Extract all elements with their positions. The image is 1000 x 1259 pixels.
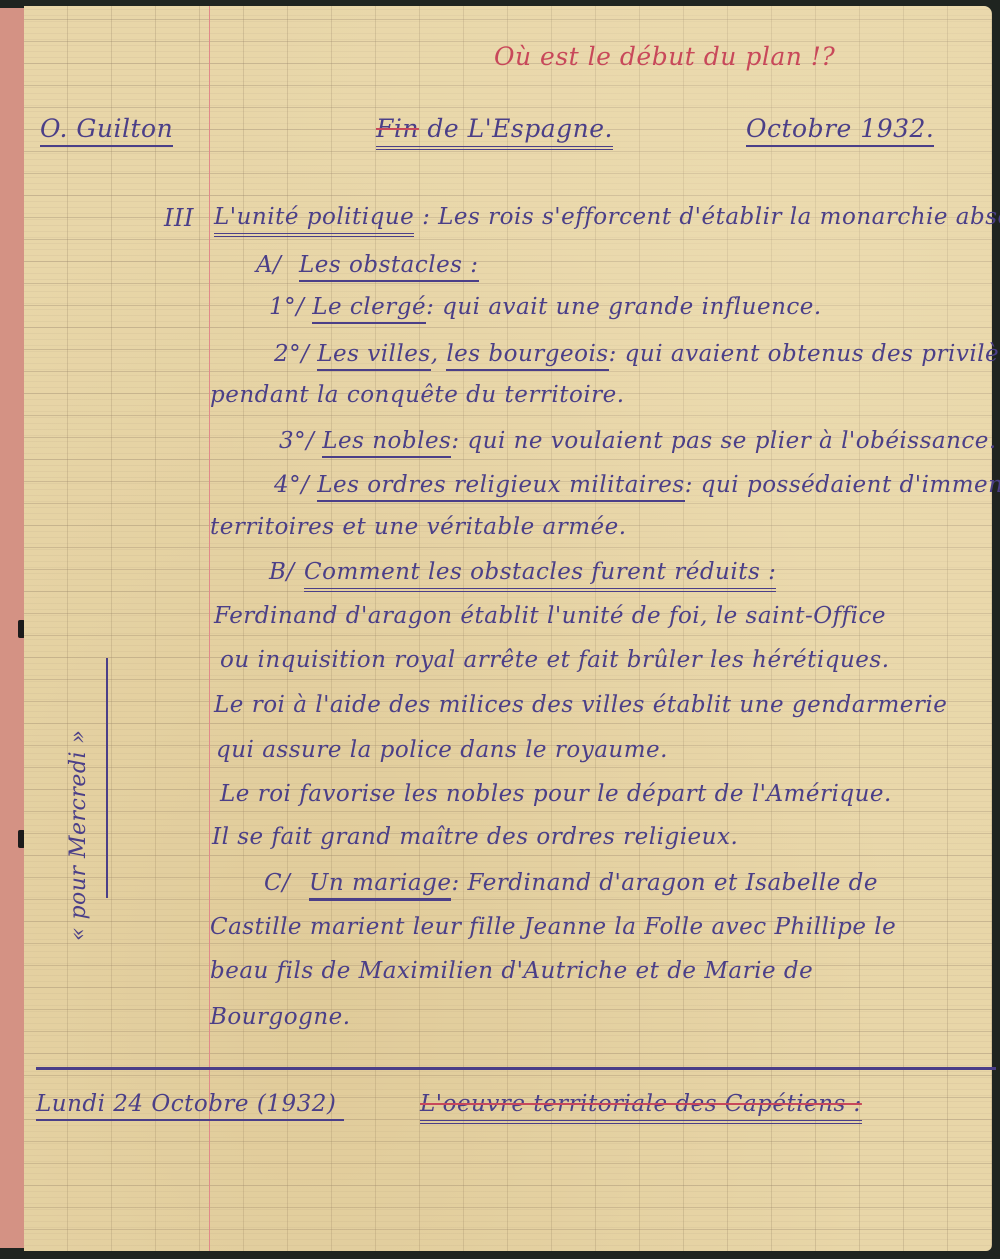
item-text: : qui ne voulaient pas se plier à l'obéi…	[451, 428, 996, 454]
subsection-title: Les obstacles :	[299, 252, 479, 282]
student-name: O. Guilton	[40, 114, 173, 147]
item-term: les bourgeois	[446, 341, 608, 371]
section-heading-line: L'unité politique : Les rois s'efforcent…	[214, 204, 1000, 230]
body-line: beau fils de Maximilien d'Autriche et de…	[210, 958, 813, 984]
title-text: de L'Espagne.	[427, 114, 613, 143]
list-item: 4°/ Les ordres religieux militaires: qui…	[274, 472, 1000, 498]
item-continuation: pendant la conquête du territoire.	[210, 382, 625, 408]
subsection-title: Comment les obstacles furent réduits :	[304, 559, 776, 592]
item-continuation: territoires et une véritable armée.	[210, 514, 627, 540]
item-term: Les nobles	[322, 428, 451, 458]
body-line: Bourgogne.	[210, 1004, 351, 1030]
item-term: Les villes	[317, 341, 430, 371]
item-term: Le clergé	[312, 294, 426, 324]
teacher-comment: Où est le début du plan !?	[494, 42, 835, 71]
subsection-marker: B/	[269, 559, 295, 585]
item-marker: 4°/	[274, 472, 309, 498]
section-separator	[36, 1067, 996, 1070]
body-line: : Ferdinand d'aragon et Isabelle de	[451, 870, 878, 896]
item-text: : qui avaient obtenus des privilèges	[609, 341, 1000, 367]
item-term: Les ordres religieux militaires	[317, 472, 685, 502]
margin-note-rule	[106, 658, 108, 898]
list-item: 1°/ Le clergé: qui avait une grande infl…	[269, 294, 822, 320]
page-title: Fin de L'Espagne.	[376, 114, 613, 150]
struck-word: Fin	[376, 114, 419, 143]
item-text: : qui possédaient d'immenses	[685, 472, 1000, 498]
body-line: ou inquisition royal arrête et fait brûl…	[220, 647, 890, 673]
item-text: : qui avait une grande influence.	[426, 294, 822, 320]
section-heading: L'unité politique	[214, 204, 414, 237]
subsection-marker: A/	[256, 252, 281, 278]
list-item: 2°/ Les villes, les bourgeois: qui avaie…	[274, 341, 1000, 367]
footer-date: Lundi 24 Octobre (1932)	[36, 1091, 344, 1121]
margin-rule	[209, 6, 210, 1251]
body-line: Le roi à l'aide des milices des villes é…	[214, 692, 947, 718]
list-item: 3°/ Les nobles: qui ne voulaient pas se …	[279, 428, 997, 454]
subsection-c-line: Un mariage: Ferdinand d'aragon et Isabel…	[309, 870, 878, 896]
item-marker: 1°/	[269, 294, 304, 320]
next-lesson-title: L'oeuvre territoriale des Capétiens :	[420, 1091, 862, 1124]
body-line: Il se fait grand maître des ordres relig…	[212, 824, 738, 850]
body-line: Castille marient leur fille Jeanne la Fo…	[210, 914, 896, 940]
item-marker: 2°/	[274, 341, 309, 367]
subsection-marker: C/	[264, 870, 290, 896]
body-line: qui assure la police dans le royaume.	[216, 737, 668, 763]
item-marker: 3°/	[279, 428, 314, 454]
notebook-page: Où est le début du plan !? O. Guilton Fi…	[24, 6, 992, 1251]
section-heading-rest: : Les rois s'efforcent d'établir la mona…	[422, 204, 1000, 230]
header-date: Octobre 1932.	[746, 114, 934, 147]
margin-note: « pour Mercredi »	[66, 730, 91, 941]
section-numeral: III	[164, 204, 194, 232]
subsection-title: Un mariage	[309, 870, 451, 901]
body-line: Ferdinand d'aragon établit l'unité de fo…	[214, 603, 886, 629]
body-line: Le roi favorise les nobles pour le dépar…	[220, 781, 892, 807]
